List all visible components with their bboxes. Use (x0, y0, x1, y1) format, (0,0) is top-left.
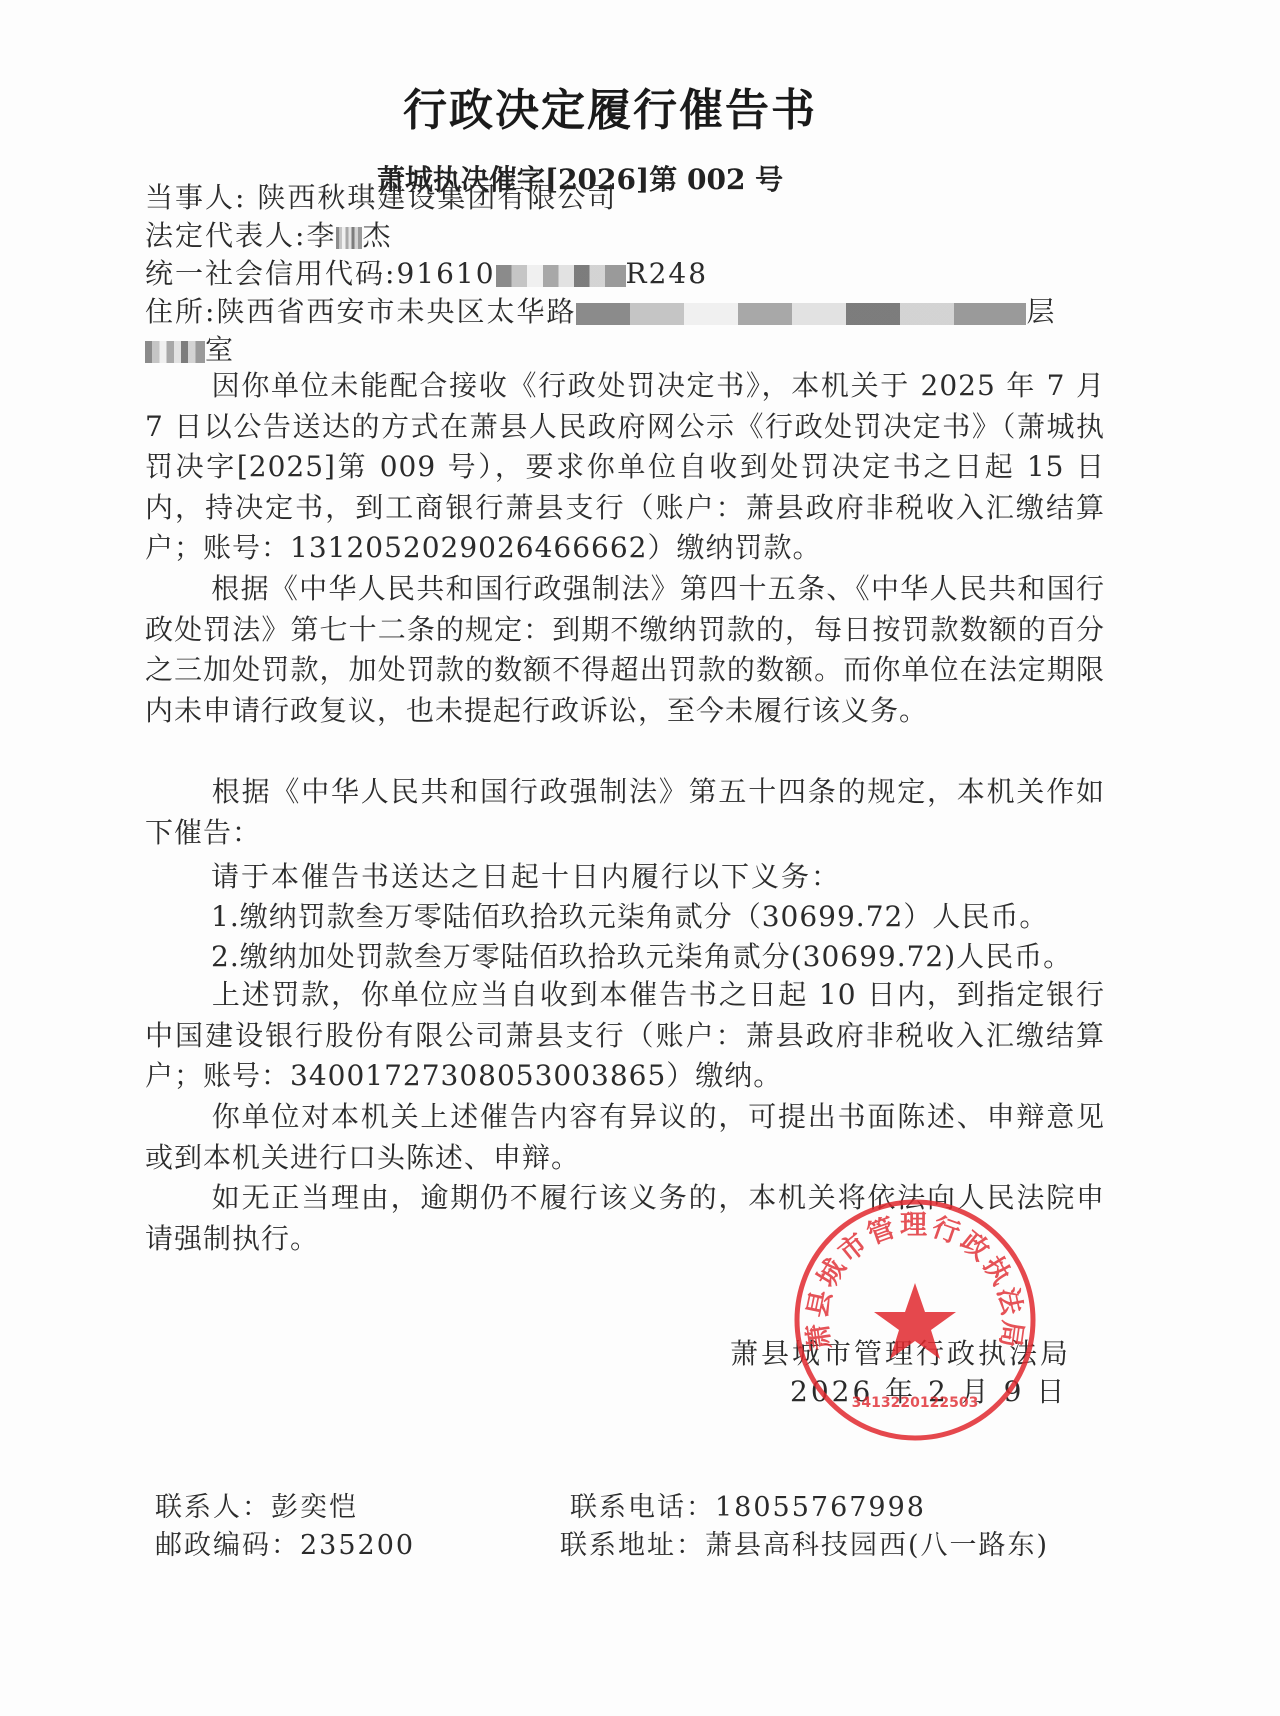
obligation-item-2: 2.缴纳加处罚款叁万零陆佰玖拾玖元柒角贰分(30699.72)人民币。 (211, 935, 1072, 975)
credit-code-label: 统一社会信用代码: (145, 257, 396, 290)
postal-code: 邮政编码：235200 (155, 1523, 415, 1562)
paragraph-text: 你单位对本机关上述催告内容有异议的，可提出书面陈述、申辩意见或到本机关进行口头陈… (145, 1100, 1105, 1174)
address-label: 住所: (145, 295, 216, 328)
paragraph-service-notice: 因你单位未能配合接收《行政处罚决定书》，本机关于 2025 年 7 月 7 日以… (145, 366, 1105, 569)
address-line: 住所:陕西省西安市未央区太华路层 (145, 290, 1056, 330)
address-line2-suffix: 室 (205, 333, 235, 366)
paragraph-enforcement: 如无正当理由，逾期仍不履行该义务的，本机关将依法向人民法院申请强制执行。 (145, 1178, 1105, 1259)
contact-address: 联系地址：萧县高科技园西(八一路东) (560, 1523, 1049, 1562)
contact-person: 联系人：彭奕恺 (155, 1485, 358, 1524)
paragraph-text: 如无正当理由，逾期仍不履行该义务的，本机关将依法向人民法院申请强制执行。 (145, 1181, 1105, 1255)
document-page: 行政决定履行催告书 萧城执决催字[2026]第 002 号 当事人: 陕西秋琪建… (0, 0, 1280, 1716)
contact-person-label: 联系人： (155, 1492, 271, 1523)
legal-rep-prefix: 李 (306, 219, 336, 252)
legal-rep-label: 法定代表人: (145, 219, 306, 252)
legal-rep-line: 法定代表人:李杰 (145, 214, 392, 254)
paragraph-text: 根据《中华人民共和国行政强制法》第五十四条的规定，本机关作如下催告： (145, 775, 1105, 849)
contact-address-value: 萧县高科技园西(八一路东) (705, 1530, 1049, 1561)
document-title: 行政决定履行催告书 (0, 74, 1250, 138)
legal-rep-suffix: 杰 (362, 219, 392, 252)
obligation-item-1: 1.缴纳罚款叁万零陆佰玖拾玖元柒角贰分（30699.72）人民币。 (211, 895, 1048, 935)
party-label: 当事人: (145, 181, 246, 214)
postal-code-value: 235200 (300, 1530, 415, 1561)
contact-person-value: 彭奕恺 (271, 1492, 358, 1523)
address-suffix: 层 (1026, 295, 1056, 328)
contact-phone: 联系电话：18055767998 (570, 1485, 926, 1524)
address-prefix: 陕西省西安市未央区太华路 (216, 295, 576, 328)
paragraph-text: 上述罚款，你单位应当自收到本催告书之日起 10 日内，到指定银行中国建设银行股份… (145, 978, 1105, 1092)
party-value: 陕西秋琪建设集团有限公司 (257, 181, 617, 214)
paragraph-text: 根据《中华人民共和国行政强制法》第四十五条、《中华人民共和国行政处罚法》第七十二… (145, 572, 1105, 727)
obligation-intro: 请于本催告书送达之日起十日内履行以下义务： (211, 855, 841, 895)
contact-phone-label: 联系电话： (570, 1492, 715, 1523)
paragraph-payment: 上述罚款，你单位应当自收到本催告书之日起 10 日内，到指定银行中国建设银行股份… (145, 975, 1105, 1097)
address-line-2: 室 (145, 328, 235, 368)
redacted-block (576, 303, 1026, 325)
paragraph-objection: 你单位对本机关上述催告内容有异议的，可提出书面陈述、申辩意见或到本机关进行口头陈… (145, 1097, 1105, 1178)
contact-phone-value: 18055767998 (715, 1492, 926, 1523)
contact-address-label: 联系地址： (560, 1530, 705, 1561)
issue-date: 2026 年 2 月 9 日 (790, 1370, 1067, 1410)
redacted-block (145, 341, 205, 363)
redacted-block (496, 265, 626, 287)
issuer-name: 萧县城市管理行政执法局 (730, 1332, 1071, 1372)
paragraph-legal-basis: 根据《中华人民共和国行政强制法》第四十五条、《中华人民共和国行政处罚法》第七十二… (145, 569, 1105, 731)
credit-code-suffix: R248 (626, 257, 709, 290)
paragraph-notice-intro: 根据《中华人民共和国行政强制法》第五十四条的规定，本机关作如下催告： (145, 772, 1105, 853)
postal-code-label: 邮政编码： (155, 1530, 300, 1561)
credit-code-prefix: 91610 (396, 257, 495, 290)
party-line: 当事人: 陕西秋琪建设集团有限公司 (145, 176, 617, 216)
redacted-block (336, 227, 362, 249)
credit-code-line: 统一社会信用代码:91610R248 (145, 252, 708, 292)
paragraph-text: 因你单位未能配合接收《行政处罚决定书》，本机关于 2025 年 7 月 7 日以… (145, 369, 1105, 564)
